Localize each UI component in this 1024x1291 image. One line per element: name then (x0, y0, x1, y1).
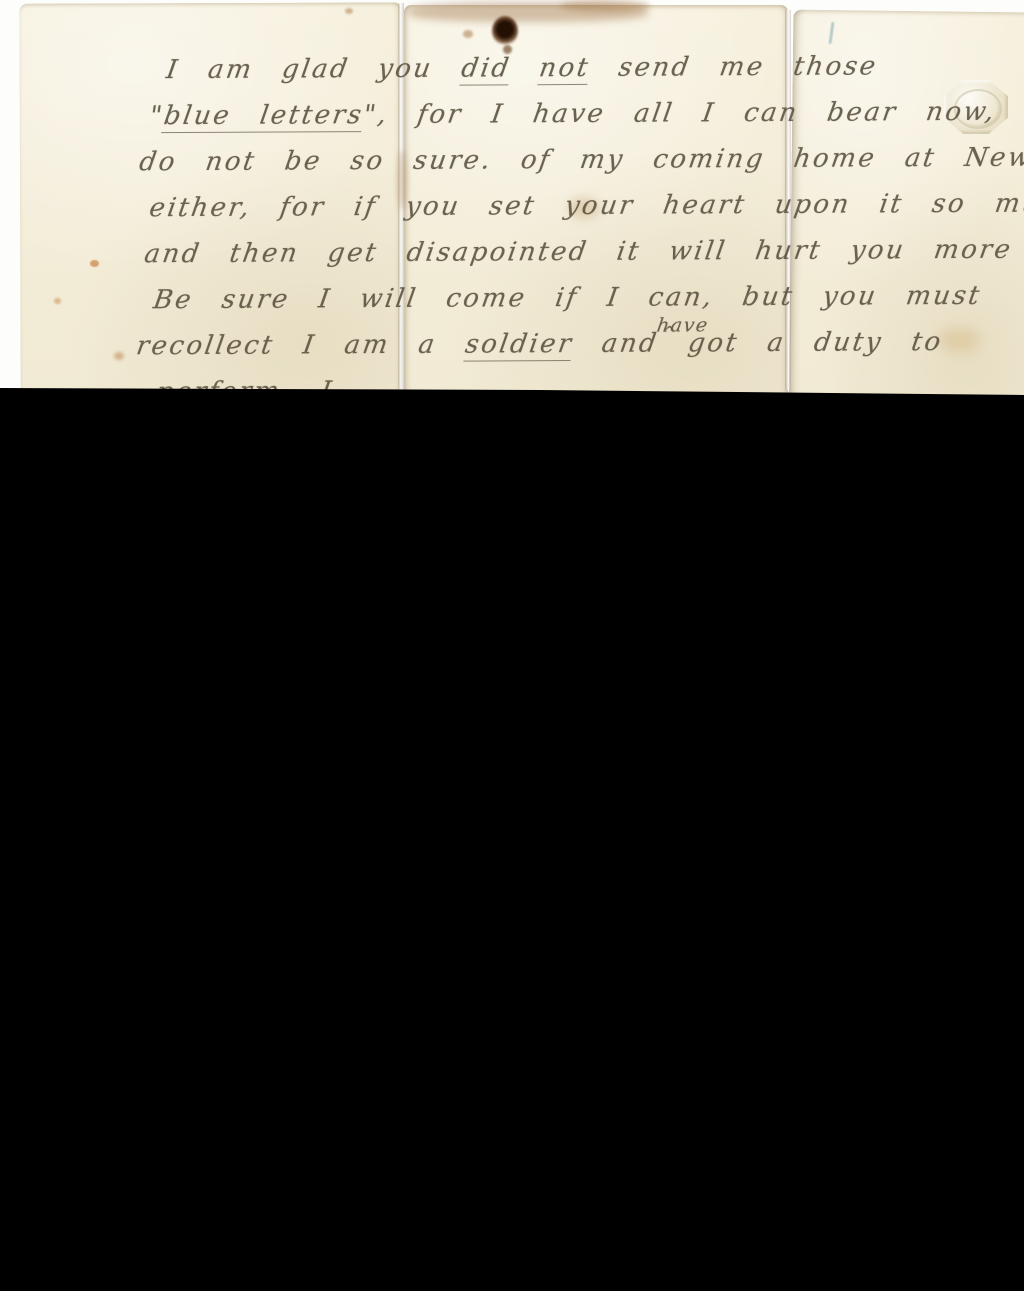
letter-text-segment: and (571, 329, 661, 359)
underlined-word: soldier (463, 329, 576, 362)
letter-scan: I am glad you did not send me those"blue… (0, 0, 1024, 1291)
insertion-above-line: have^ (657, 325, 691, 351)
letter-line: perform. I (0, 365, 1024, 392)
letter-line: I am glad you did not send me those (0, 43, 1024, 94)
letter-line: do not be so sure. of my coming home at … (0, 135, 1024, 186)
blackout-region (0, 386, 1024, 1291)
letter-line: Be sure I will come if I can, but you mu… (0, 273, 1024, 324)
letter-line: either, for if you set your heart upon i… (0, 181, 1024, 232)
letter-line: and then get disapointed it will hurt yo… (0, 227, 1024, 278)
letter-text-segment: got a duty to (686, 327, 945, 358)
letter-text-segment: either, for if you set your heart upon i… (147, 188, 1024, 223)
letter-text-segment: Be sure I will come if I can, but you mu… (151, 281, 983, 315)
letter-text-segment: ", for I have all I can bear now, (361, 97, 998, 130)
letter-text-segment: do not be so sure. of my coming home at … (137, 142, 1024, 177)
letter-text-segment: recollect I am a (134, 330, 467, 362)
letter-line: "blue letters", for I have all I can bea… (0, 89, 1024, 140)
letter-text-segment: and then get disapointed it will hurt yo… (142, 235, 1014, 270)
letter-text-segment: I am glad you (164, 54, 464, 86)
underlined-word: did (459, 53, 513, 85)
underlined-word: not (537, 53, 592, 85)
letter-text-segment: send me those (588, 51, 880, 83)
underlined-word: blue letters (162, 100, 366, 133)
letter-text-segment (508, 53, 541, 83)
letter-body: I am glad you did not send me those"blue… (0, 0, 1024, 392)
letter-line: recollect I am a soldier andhave^got a d… (0, 319, 1024, 370)
